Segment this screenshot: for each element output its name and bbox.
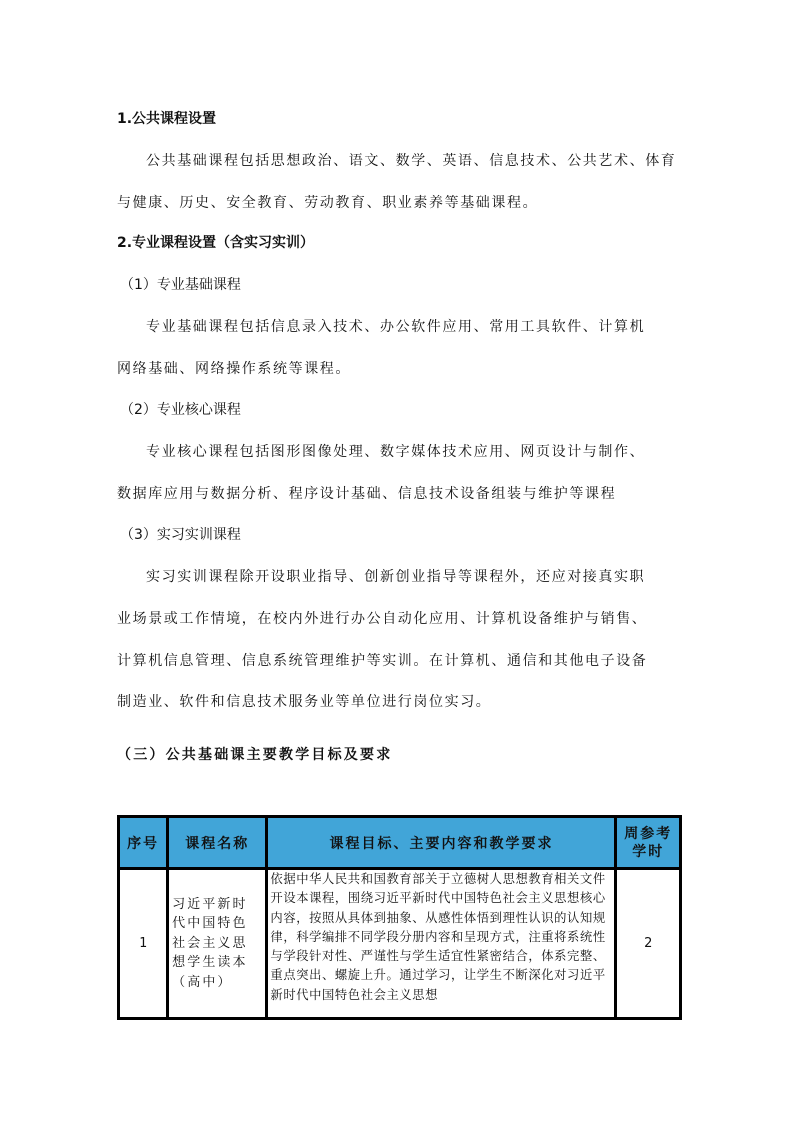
paragraph-line: 专业核心课程包括图形图像处理、数字媒体技术应用、网页设计与制作、 bbox=[146, 443, 645, 461]
header-index: 序号 bbox=[119, 817, 168, 869]
course-table: 序号 课程名称 课程目标、主要内容和教学要求 周参考学时 1 习近平新时代中国特… bbox=[117, 815, 682, 1020]
paragraph-line: 网络基础、网络操作系统等课程。 bbox=[117, 360, 351, 378]
header-description: 课程目标、主要内容和教学要求 bbox=[267, 817, 616, 869]
cell-weekly-hours: 2 bbox=[616, 869, 681, 1019]
cell-description: 依据中华人民共和国教育部关于立德树人思想教育相关文件开设本课程，围绕习近平新时代… bbox=[267, 869, 616, 1019]
heading-professional-courses: 2.专业课程设置（含实习实训） bbox=[117, 234, 314, 252]
header-weekly-hours: 周参考学时 bbox=[616, 817, 681, 869]
paragraph-line: 制造业、软件和信息技术服务业等单位进行岗位实习。 bbox=[117, 693, 491, 711]
subheading-practice-courses: （3）实习实训课程 bbox=[120, 526, 241, 544]
heading-public-courses: 1.公共课程设置 bbox=[117, 110, 216, 128]
heading-public-foundation-goals: （三）公共基础课主要教学目标及要求 bbox=[117, 746, 392, 764]
cell-index: 1 bbox=[119, 869, 168, 1019]
table-row: 1 习近平新时代中国特色社会主义思想学生读本（高中） 依据中华人民共和国教育部关… bbox=[119, 869, 681, 1019]
paragraph-line: 与健康、历史、安全教育、劳动教育、职业素养等基础课程。 bbox=[117, 194, 538, 212]
header-course-name: 课程名称 bbox=[168, 817, 267, 869]
subheading-core-courses: （2）专业核心课程 bbox=[120, 401, 241, 419]
table-header-row: 序号 课程名称 课程目标、主要内容和教学要求 周参考学时 bbox=[119, 817, 681, 869]
paragraph-line: 计算机信息管理、信息系统管理维护等实训。在计算机、通信和其他电子设备 bbox=[117, 652, 647, 670]
paragraph-line: 公共基础课程包括思想政治、语文、数学、英语、信息技术、公共艺术、体育 bbox=[146, 152, 676, 170]
paragraph-line: 专业基础课程包括信息录入技术、办公软件应用、常用工具软件、计算机 bbox=[146, 318, 645, 336]
paragraph-line: 实习实训课程除开设职业指导、创新创业指导等课程外，还应对接真实职 bbox=[146, 568, 645, 586]
subheading-foundation-courses: （1）专业基础课程 bbox=[120, 276, 241, 294]
cell-course-name: 习近平新时代中国特色社会主义思想学生读本（高中） bbox=[168, 869, 267, 1019]
paragraph-line: 数据库应用与数据分析、程序设计基础、信息技术设备组装与维护等课程 bbox=[117, 485, 616, 503]
paragraph-line: 业场景或工作情境，在校内外进行办公自动化应用、计算机设备维护与销售、 bbox=[117, 610, 647, 628]
